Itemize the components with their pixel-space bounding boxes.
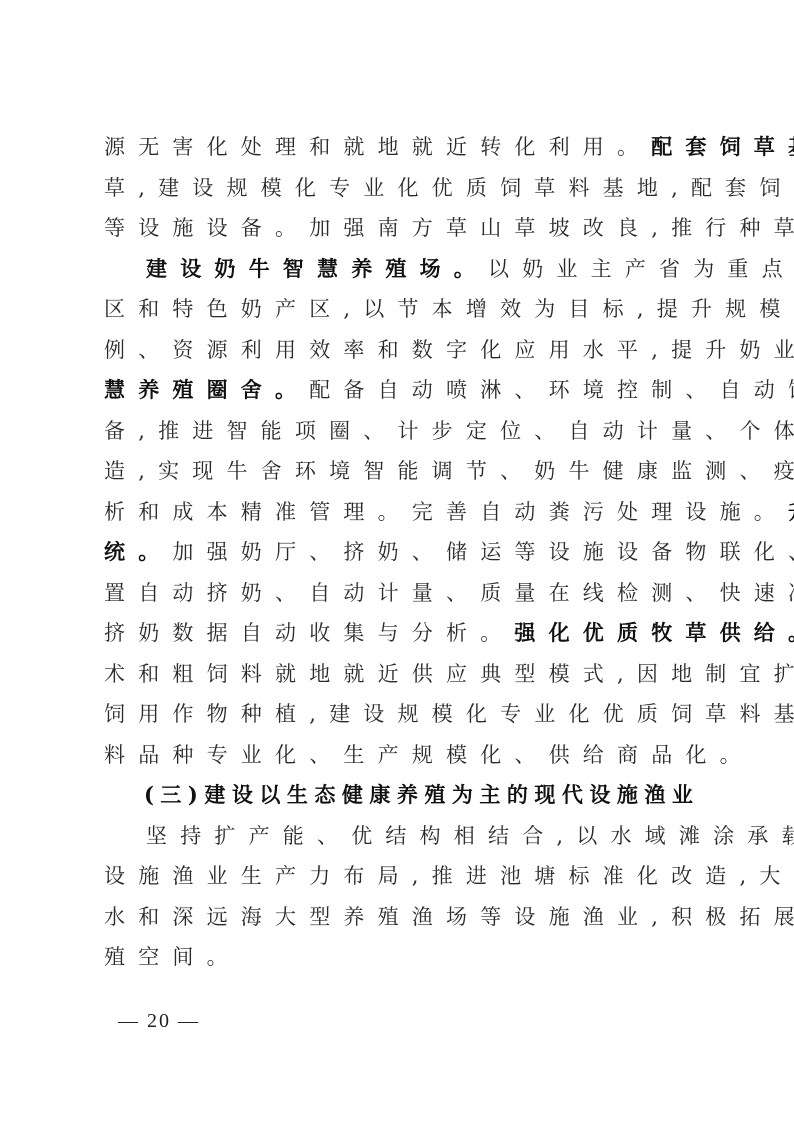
page-number: — 20 — [118, 1010, 200, 1033]
paragraph-line: 备,推进智能项圈、计步定位、自动计量、个体识别等物联化设备改 [104, 411, 694, 452]
paragraph-line: 饲用作物种植,建设规模化专业化优质饲草料基地,加快推进饲草 [104, 694, 694, 735]
paragraph-line: 建设奶牛智慧养殖场。以奶业主产省为重点,兼顾南方潜力 [104, 249, 694, 290]
text-run: 料品种专业化、生产规模化、供给商品化。 [104, 743, 754, 767]
text-run: 源无害化处理和就地就近转化利用。 [104, 135, 651, 159]
paragraph-line: 设施渔业生产力布局,推进池塘标准化改造,大力发展工厂化循环 [104, 856, 694, 897]
paragraph-line: 统。加强奶厅、挤奶、储运等设施设备物联化、智能化改造升级,配 [104, 532, 694, 573]
text-run: 草,建设规模化专业化优质饲草料基地,配套饲草收割、打捆、青贮 [104, 176, 794, 200]
text-run: 以奶业主产省为重点,兼顾南方潜力 [488, 257, 794, 281]
text-run: 加强奶厅、挤奶、储运等设施设备物联化、智能化改造升级,配 [172, 540, 794, 564]
bold-run: 慧养殖圈舍。 [104, 377, 309, 402]
paragraph-line: 等设施设备。加强南方草山草坡改良,推行种草养畜。 [104, 208, 694, 249]
text-run: 挤奶数据自动收集与分析。 [104, 621, 514, 645]
paragraph-line: 源无害化处理和就地就近转化利用。配套饲草基地。发展人工种 [104, 127, 694, 168]
text-run: 配备自动喷淋、环境控制、自动饲喂等数字化设施设 [309, 378, 794, 402]
paragraph-line: 慧养殖圈舍。配备自动喷淋、环境控制、自动饲喂等数字化设施设 [104, 370, 694, 411]
text-run: 置自动挤奶、自动计量、质量在线检测、快速冷却等设施设备,实现 [104, 581, 794, 605]
paragraph-line: 草,建设规模化专业化优质饲草料基地,配套饲草收割、打捆、青贮 [104, 168, 694, 209]
bold-run: 配套饲草基地。 [651, 134, 794, 159]
bold-run: 强化优质牧草供给。 [514, 620, 794, 645]
text-run: 饲用作物种植,建设规模化专业化优质饲草料基地,加快推进饲草 [104, 702, 794, 726]
paragraph-line: 区和特色奶产区,以节本增效为目标,提升规模养殖场草畜配套比 [104, 289, 694, 330]
text-run: 析和成本精准管理。完善自动粪污处理设施。 [104, 500, 788, 524]
paragraph-line: 例、资源利用效率和数字化应用水平,提升奶业发展质量。建设智 [104, 330, 694, 371]
bold-run: 统。 [104, 539, 172, 564]
paragraph-block: 源无害化处理和就地就近转化利用。配套饲草基地。发展人工种草,建设规模化专业化优质… [104, 127, 694, 775]
paragraph-line: 水和深远海大型养殖渔场等设施渔业,积极拓展设施渔业绿色养 [104, 897, 694, 938]
text-run: 例、资源利用效率和数字化应用水平,提升奶业发展质量。 [104, 338, 794, 362]
paragraph-line: 殖空间。 [104, 937, 694, 978]
bold-run: 建设奶牛智慧养殖场。 [146, 256, 488, 281]
text-run: 术和粗饲料就地就近供应典型模式,因地制宜扩大优质饲草料和 [104, 662, 794, 686]
paragraph-line: 坚持扩产能、优结构相结合,以水域滩涂承载力为前提,优化 [104, 816, 694, 857]
paragraph-line: 置自动挤奶、自动计量、质量在线检测、快速冷却等设施设备,实现 [104, 573, 694, 614]
text-run: 备,推进智能项圈、计步定位、自动计量、个体识别等物联化设备改 [104, 419, 794, 443]
bold-run: 升级智能挤奶系 [788, 499, 794, 524]
paragraph-line: 析和成本精准管理。完善自动粪污处理设施。升级智能挤奶系 [104, 492, 694, 533]
text-run: 区和特色奶产区,以节本增效为目标,提升规模养殖场草畜配套比 [104, 297, 794, 321]
text-run: 造,实现牛舍环境智能调节、奶牛健康监测、疫病防控、进食数据分 [104, 459, 794, 483]
paragraph-line: 造,实现牛舍环境智能调节、奶牛健康监测、疫病防控、进食数据分 [104, 451, 694, 492]
section-heading: (三)建设以生态健康养殖为主的现代设施渔业 [104, 775, 694, 816]
document-body: 源无害化处理和就地就近转化利用。配套饲草基地。发展人工种草,建设规模化专业化优质… [104, 127, 694, 978]
paragraph-line: 术和粗饲料就地就近供应典型模式,因地制宜扩大优质饲草料和 [104, 654, 694, 695]
paragraph-line: 料品种专业化、生产规模化、供给商品化。 [104, 735, 694, 776]
text-run: 等设施设备。加强南方草山草坡改良,推行种草养畜。 [104, 216, 794, 240]
paragraph-line: 挤奶数据自动收集与分析。强化优质牧草供给。推广高效饲喂技 [104, 613, 694, 654]
